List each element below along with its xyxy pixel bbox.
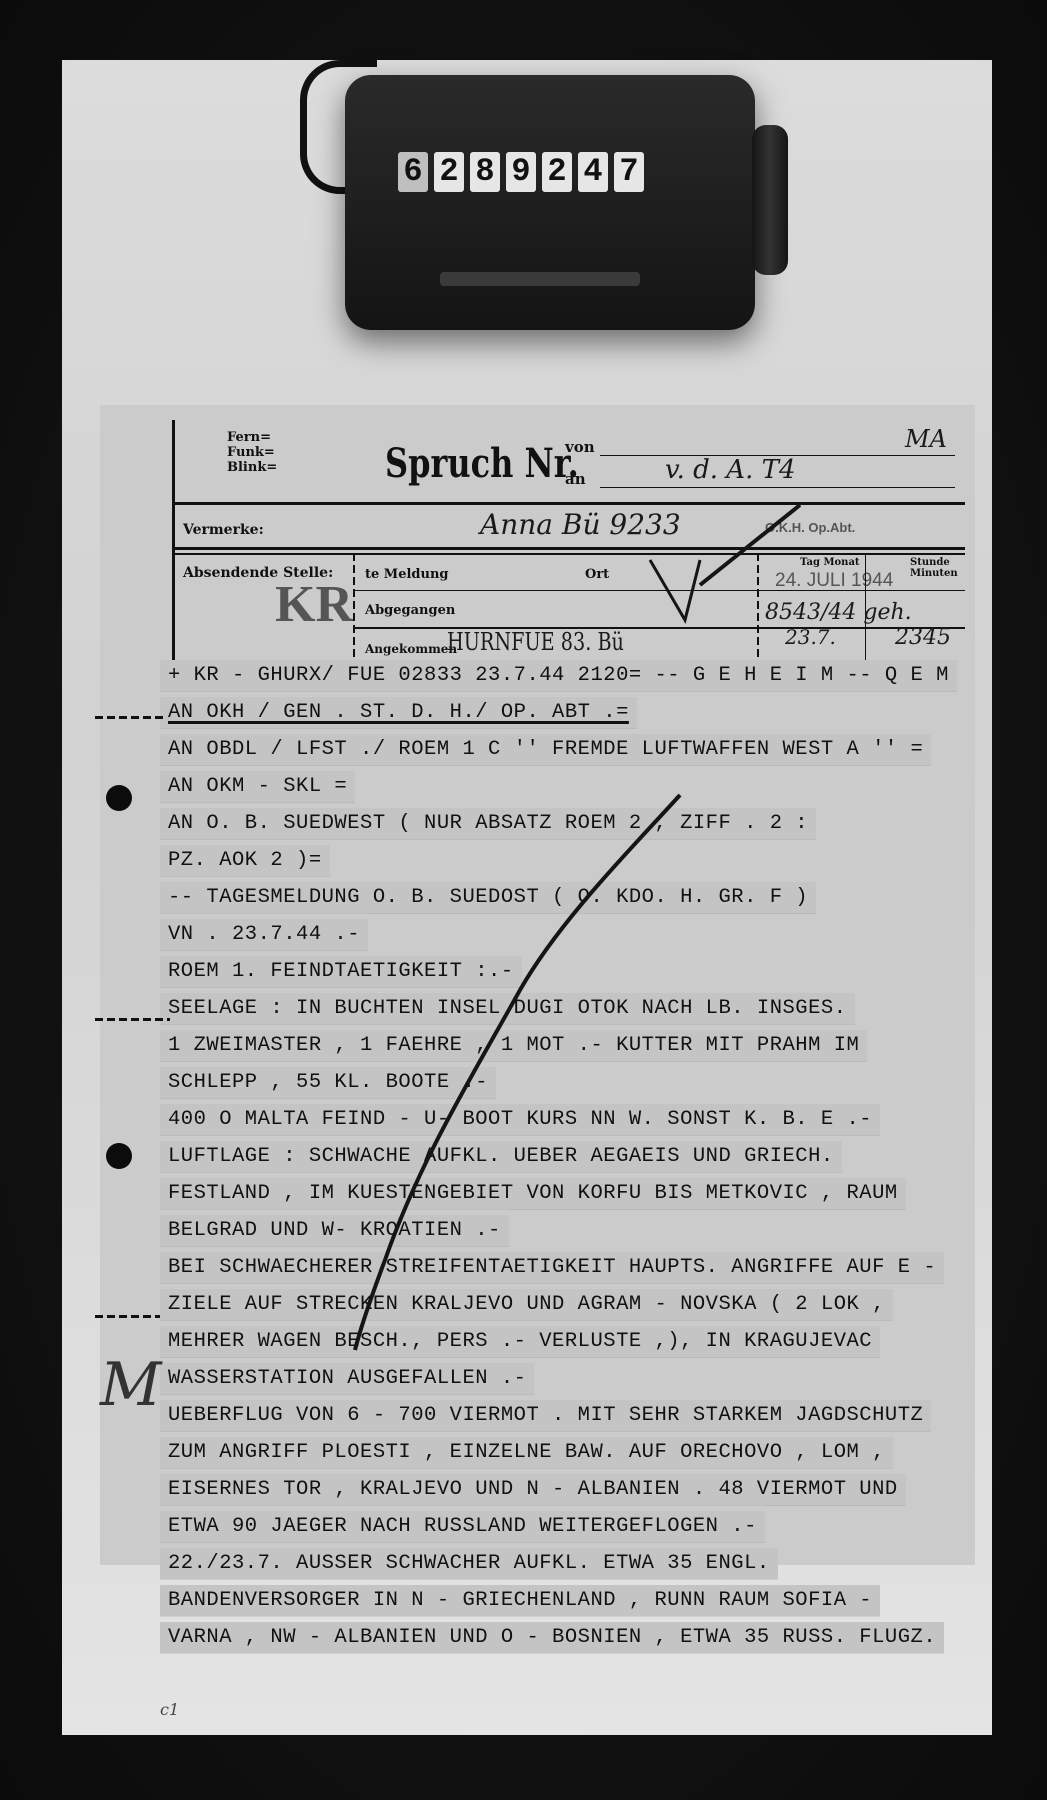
meldung-label: te Meldung <box>365 567 448 582</box>
telex-line: SCHLEPP , 55 KL. BOOTE .- <box>160 1067 980 1102</box>
mode-label-fern: Fern= <box>227 430 277 445</box>
telex-line: ETWA 90 JAEGER NACH RUSSLAND WEITERGEFLO… <box>160 1511 980 1546</box>
telex-line-text: AN OKH / GEN . ST. D. H./ OP. ABT .= <box>160 697 637 728</box>
telex-line-text: LUFTLAGE : SCHWACHE AUFKL. UEBER AEGAEIS… <box>160 1141 842 1172</box>
telex-line: AN OKM - SKL = <box>160 771 980 806</box>
punch-hole <box>106 785 132 811</box>
an-label: an <box>565 470 586 488</box>
telex-line-text: BEI SCHWAECHERER STREIFENTAETIGKEIT HAUP… <box>160 1252 944 1283</box>
counter-digit: 2 <box>434 152 464 192</box>
mode-label-blink: Blink= <box>227 460 277 475</box>
telex-line: + KR - GHURX/ FUE 02833 23.7.44 2120= --… <box>160 660 980 695</box>
telex-line-text: 400 O MALTA FEIND - U- BOOT KURS NN W. S… <box>160 1104 880 1135</box>
counter-digit: 7 <box>614 152 644 192</box>
telex-line-text: ETWA 90 JAEGER NACH RUSSLAND WEITERGEFLO… <box>160 1511 765 1542</box>
angekommen-value: HURNFUE 83. Bü <box>447 628 624 656</box>
fold-mark <box>95 716 165 719</box>
an-value: v. d. A. T4 <box>665 455 796 485</box>
telex-line-text: UEBERFLUG VON 6 - 700 VIERMOT . MIT SEHR… <box>160 1400 931 1431</box>
office-stamp: O.K.H. Op.Abt. <box>765 520 855 535</box>
margin-initials: M <box>100 1350 161 1420</box>
telex-line-text: ROEM 1. FEINDTAETIGKEIT :.- <box>160 956 522 987</box>
fold-mark <box>95 1315 160 1318</box>
telex-line: VARNA , NW - ALBANIEN UND O - BOSNIEN , … <box>160 1622 980 1657</box>
telex-line-text: EISERNES TOR , KRALJEVO UND N - ALBANIEN… <box>160 1474 906 1505</box>
telex-line: AN OBDL / LFST ./ ROEM 1 C '' FREMDE LUF… <box>160 734 980 769</box>
telex-line: LUFTLAGE : SCHWACHE AUFKL. UEBER AEGAEIS… <box>160 1141 980 1176</box>
corner-mark: MA <box>905 425 947 453</box>
footer-mark: c1 <box>160 1700 179 1719</box>
counter-digit: 8 <box>470 152 500 192</box>
telex-line: 22./23.7. AUSSER SCHWACHER AUFKL. ETWA 3… <box>160 1548 980 1583</box>
mode-label-funk: Funk= <box>227 445 277 460</box>
form-header: Fern= Funk= Blink= Spruch Nr. von an v. … <box>172 420 965 665</box>
von-label: von <box>565 438 595 456</box>
journal-number: 8543/44 geh. <box>765 600 912 625</box>
telex-line-text: -- TAGESMELDUNG O. B. SUEDOST ( O. KDO. … <box>160 882 816 913</box>
punch-hole <box>106 1143 132 1169</box>
telex-line-text: AN O. B. SUEDWEST ( NUR ABSATZ ROEM 2 , … <box>160 808 816 839</box>
telex-line-text: FESTLAND , IM KUESTENGEBIET VON KORFU BI… <box>160 1178 906 1209</box>
vermerke-value: Anna Bü 9233 <box>480 508 681 541</box>
telex-line-text: VN . 23.7.44 .- <box>160 919 368 950</box>
telex-line-text: MEHRER WAGEN BESCH., PERS .- VERLUSTE ,)… <box>160 1326 880 1357</box>
telex-line-text: BELGRAD UND W- KROATIEN .- <box>160 1215 509 1246</box>
telex-line-text: 22./23.7. AUSSER SCHWACHER AUFKL. ETWA 3… <box>160 1548 778 1579</box>
counter-digit: 9 <box>506 152 536 192</box>
telex-line: AN O. B. SUEDWEST ( NUR ABSATZ ROEM 2 , … <box>160 808 980 843</box>
telex-line: SEELAGE : IN BUCHTEN INSEL DUGI OTOK NAC… <box>160 993 980 1028</box>
received-time: 2345 <box>895 625 951 650</box>
telex-line-text: SCHLEPP , 55 KL. BOOTE .- <box>160 1067 496 1098</box>
telex-line: PZ. AOK 2 )= <box>160 845 980 880</box>
telex-line: MEHRER WAGEN BESCH., PERS .- VERLUSTE ,)… <box>160 1326 980 1361</box>
telex-line-text: BANDENVERSORGER IN N - GRIECHENLAND , RU… <box>160 1585 880 1616</box>
telex-line: BELGRAD UND W- KROATIEN .- <box>160 1215 980 1250</box>
tag-label: Tag Monat <box>800 557 860 568</box>
telex-line: 400 O MALTA FEIND - U- BOOT KURS NN W. S… <box>160 1104 980 1139</box>
vermerke-label: Vermerke: <box>183 522 264 538</box>
telex-line: -- TAGESMELDUNG O. B. SUEDOST ( O. KDO. … <box>160 882 980 917</box>
counter-digit: 2 <box>542 152 572 192</box>
telex-line-text: VARNA , NW - ALBANIEN UND O - BOSNIEN , … <box>160 1622 944 1653</box>
counter-digit: 4 <box>578 152 608 192</box>
telex-line-text: ZIELE AUF STRECKEN KRALJEVO UND AGRAM - … <box>160 1289 893 1320</box>
form-title: Spruch Nr. <box>385 440 579 487</box>
counter-slot <box>440 272 640 286</box>
telex-line: ROEM 1. FEINDTAETIGKEIT :.- <box>160 956 980 991</box>
telex-line-text: SEELAGE : IN BUCHTEN INSEL DUGI OTOK NAC… <box>160 993 855 1024</box>
telex-line: 1 ZWEIMASTER , 1 FAEHRE , 1 MOT .- KUTTE… <box>160 1030 980 1065</box>
telex-line-text: ZUM ANGRIFF PLOESTI , EINZELNE BAW. AUF … <box>160 1437 893 1468</box>
mode-labels: Fern= Funk= Blink= <box>227 430 277 475</box>
telex-line-text: WASSERSTATION AUSGEFALLEN .- <box>160 1363 534 1394</box>
telex-line: ZIELE AUF STRECKEN KRALJEVO UND AGRAM - … <box>160 1289 980 1324</box>
absendende-value: KR <box>275 575 353 634</box>
frame-counter <box>345 75 755 330</box>
telex-line-text: PZ. AOK 2 )= <box>160 845 330 876</box>
telex-line: EISERNES TOR , KRALJEVO UND N - ALBANIEN… <box>160 1474 980 1509</box>
telex-line-text: AN OKM - SKL = <box>160 771 355 802</box>
telex-line: AN OKH / GEN . ST. D. H./ OP. ABT .= <box>160 697 980 732</box>
abgegangen-label: Abgegangen <box>365 603 455 618</box>
stunde-label: Stunde Minuten <box>910 557 965 579</box>
ort-label: Ort <box>585 567 609 582</box>
stamp-date: 24. JULI 1944 <box>775 570 893 592</box>
fold-mark <box>95 1018 170 1021</box>
received-date: 23.7. <box>785 625 836 649</box>
telex-line: VN . 23.7.44 .- <box>160 919 980 954</box>
angekommen-label: Angekommen <box>365 642 457 656</box>
telegram-form: Fern= Funk= Blink= Spruch Nr. von an v. … <box>100 405 975 1565</box>
telex-line: BANDENVERSORGER IN N - GRIECHENLAND , RU… <box>160 1585 980 1620</box>
telex-line: ZUM ANGRIFF PLOESTI , EINZELNE BAW. AUF … <box>160 1437 980 1472</box>
counter-digits: 6 2 8 9 2 4 7 <box>398 152 644 192</box>
telex-strips: + KR - GHURX/ FUE 02833 23.7.44 2120= --… <box>160 660 980 1659</box>
telex-line: UEBERFLUG VON 6 - 700 VIERMOT . MIT SEHR… <box>160 1400 980 1435</box>
telex-line: WASSERSTATION AUSGEFALLEN .- <box>160 1363 980 1398</box>
telex-line-text: 1 ZWEIMASTER , 1 FAEHRE , 1 MOT .- KUTTE… <box>160 1030 867 1061</box>
telex-line-text: AN OBDL / LFST ./ ROEM 1 C '' FREMDE LUF… <box>160 734 931 765</box>
telex-line: FESTLAND , IM KUESTENGEBIET VON KORFU BI… <box>160 1178 980 1213</box>
counter-knob <box>752 125 788 275</box>
telex-line: BEI SCHWAECHERER STREIFENTAETIGKEIT HAUP… <box>160 1252 980 1287</box>
telex-line-text: + KR - GHURX/ FUE 02833 23.7.44 2120= --… <box>160 660 957 691</box>
counter-digit: 6 <box>398 152 428 192</box>
